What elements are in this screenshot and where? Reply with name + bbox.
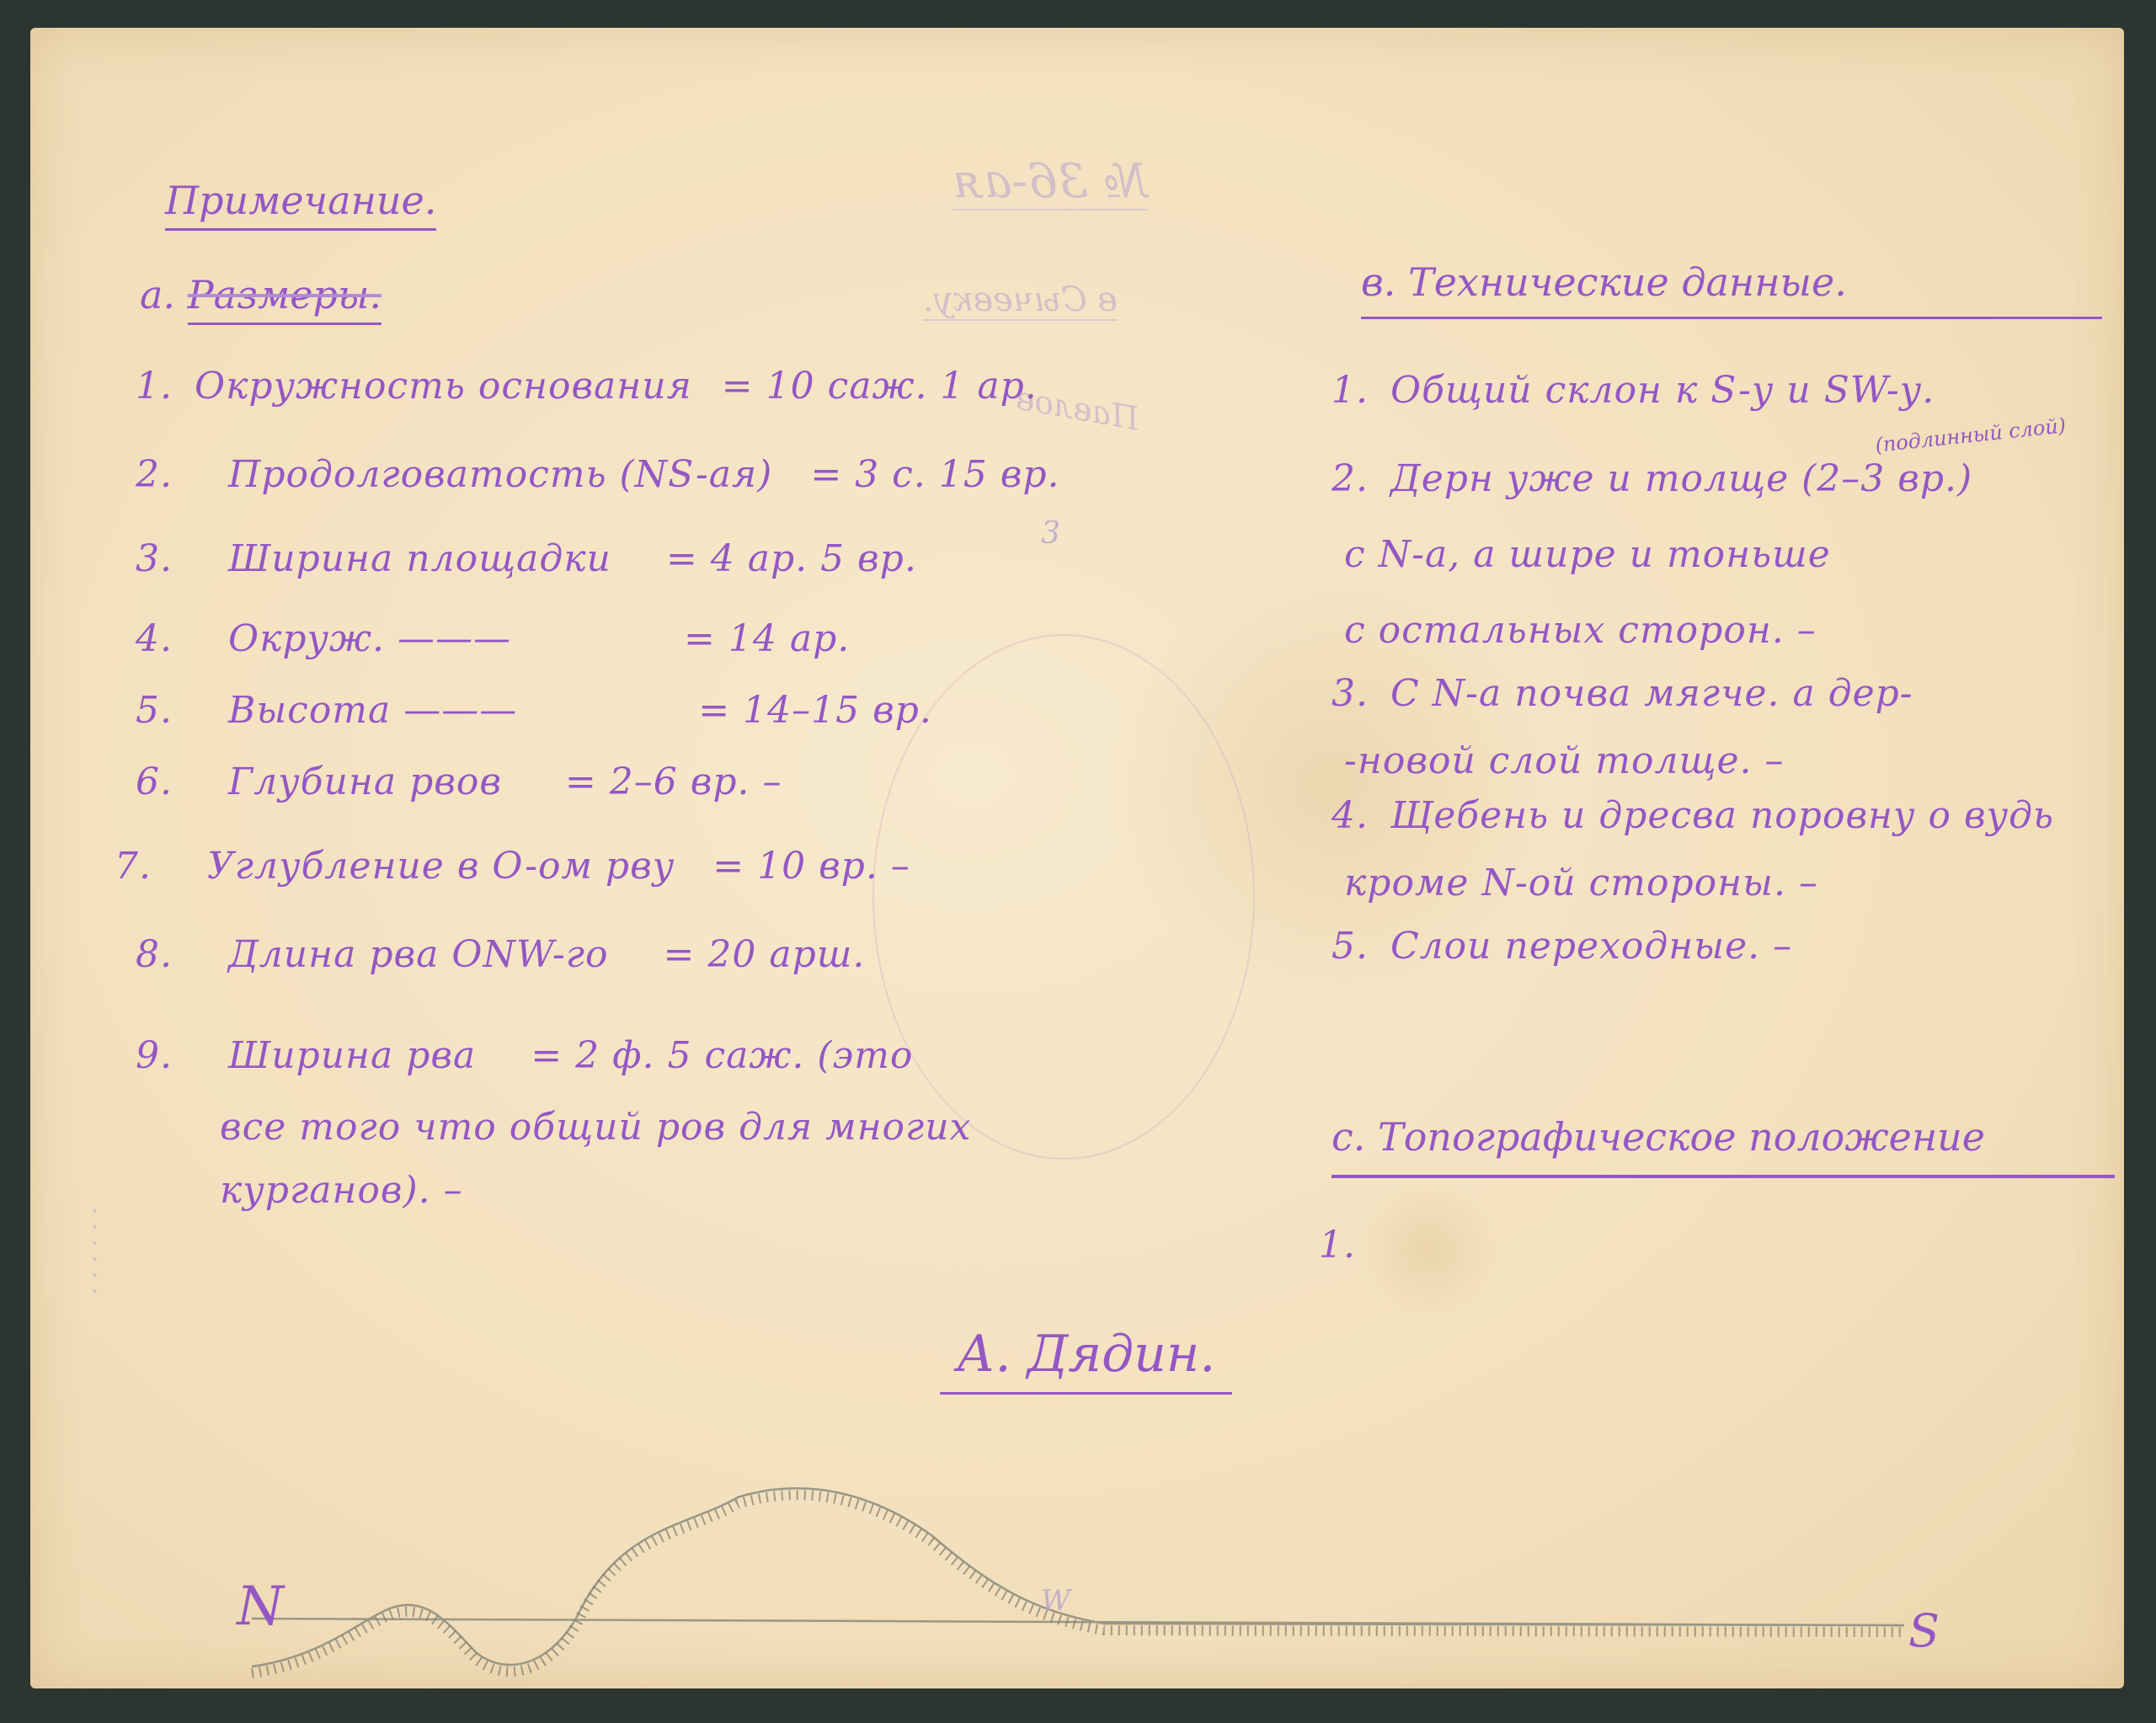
profile-label-north: N xyxy=(237,1576,284,1638)
ghost-margin-writing: · · · · · · xyxy=(81,1207,110,1295)
document-page: № 36-ая в Сычевку. Павлов 3 Примечание. … xyxy=(30,28,2124,1688)
profile-label-west: W xyxy=(1041,1584,1070,1618)
mound-profile-sketch xyxy=(30,28,2124,1688)
profile-label-south: S xyxy=(1908,1604,1940,1657)
